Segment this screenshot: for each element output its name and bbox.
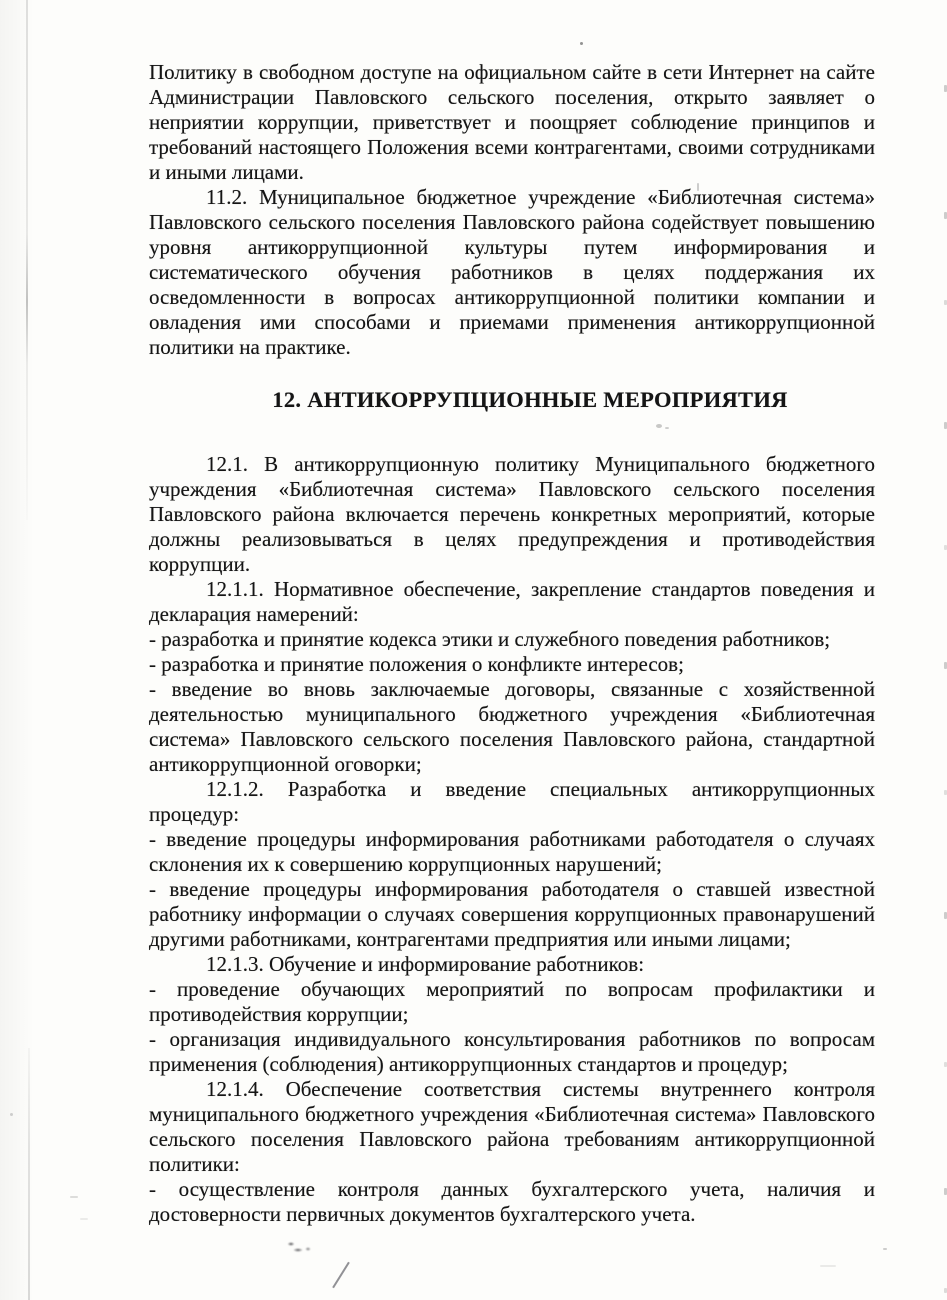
paragraph-policy-continuation: Политику в свободном доступе на официаль…: [149, 60, 875, 185]
list-item-code-of-ethics: - разработка и принятие кодекса этики и …: [149, 627, 875, 652]
paragraph-12-1-1: 12.1.1. Нормативное обеспечение, закрепл…: [149, 577, 875, 627]
list-item-training-events: - проведение обучающих мероприятий по во…: [149, 977, 875, 1027]
scan-speck: [883, 1248, 887, 1250]
list-item-individual-consulting: - организация индивидуального консультир…: [149, 1027, 875, 1077]
scan-artifact-ink-smudge: [286, 1240, 312, 1255]
scanned-document-page: Политику в свободном доступе на официаль…: [0, 0, 947, 1300]
scan-speck: [10, 1113, 13, 1116]
scan-artifact-vertical-line-top: [26, 0, 28, 520]
list-item-contracts-clause: - введение во вновь заключаемые договоры…: [149, 677, 875, 777]
scan-speck: [580, 42, 583, 45]
list-item-employer-notification: - введение процедуры информирования рабо…: [149, 877, 875, 952]
scan-artifact-vertical-line-bottom: [28, 1048, 30, 1300]
scan-speck: [70, 1196, 78, 1198]
document-body: Политику в свободном доступе на официаль…: [149, 60, 875, 1227]
list-item-employee-reporting: - введение процедуры информирования рабо…: [149, 827, 875, 877]
paragraph-12-1-3: 12.1.3. Обучение и информирование работн…: [149, 952, 875, 977]
paragraph-12-1-2: 12.1.2. Разработка и введение специальны…: [149, 777, 875, 827]
list-item-conflict-of-interest: - разработка и принятие положения о конф…: [149, 652, 875, 677]
paragraph-12-1: 12.1. В антикоррупционную политику Муниц…: [149, 452, 875, 577]
paragraph-11-2: 11.2. Муниципальное бюджетное учреждение…: [149, 185, 875, 360]
section-12-heading: 12. АНТИКОРРУПЦИОННЫЕ МЕРОПРИЯТИЯ: [149, 386, 875, 414]
paragraph-12-1-4: 12.1.4. Обеспечение соответствия системы…: [149, 1077, 875, 1177]
scan-artifact-diagonal-mark: [332, 1262, 350, 1289]
scan-speck: [820, 1265, 836, 1267]
scan-artifact-edge-ticks: [943, 0, 947, 1300]
list-item-accounting-control: - осуществление контроля данных бухгалте…: [149, 1177, 875, 1227]
